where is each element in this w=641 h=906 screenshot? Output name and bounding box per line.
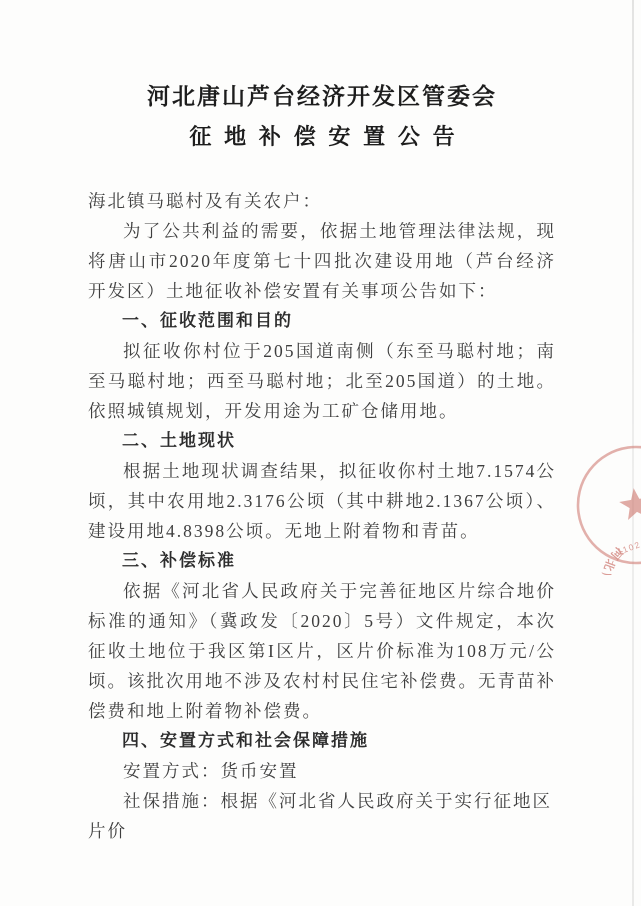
section-2-heading: 二、土地现状 — [88, 426, 556, 456]
section-1-heading: 一、征收范围和目的 — [88, 306, 556, 336]
document-page: 河北唐山芦台经济开发区管委会 征地补偿安置公告 海北镇马聪村及有关农户： 为了公… — [0, 0, 641, 906]
section-3-paragraph: 依据《河北省人民政府关于完善征地区片综合地价标准的通知》（冀政发〔2020〕5号… — [88, 576, 556, 726]
salutation-line: 海北镇马聪村及有关农户： — [88, 186, 556, 216]
document-title-line1: 河北唐山芦台经济开发区管委会 — [88, 82, 556, 112]
document-body: 海北镇马聪村及有关农户： 为了公共利益的需要，依据土地管理法律法规，现将唐山市2… — [88, 186, 556, 846]
section-1-paragraph: 拟征收你村位于205国道南侧（东至马聪村地；南至马聪村地；西至马聪村地；北至20… — [88, 336, 556, 426]
social-security-line: 社保措施：根据《河北省人民政府关于实行征地区片价 — [88, 786, 556, 846]
seal-star-icon — [618, 486, 641, 521]
resettlement-method-line: 安置方式：货币安置 — [88, 756, 556, 786]
intro-paragraph: 为了公共利益的需要，依据土地管理法律法规，现将唐山市2020年度第七十四批次建设… — [88, 216, 556, 306]
svg-text:河北唐山芦台经济开发区管委会: 河北唐山芦台经济开发区管委会 — [594, 534, 641, 575]
section-2-paragraph: 根据土地现状调查结果，拟征收你村土地7.1574公顷，其中农用地2.3176公顷… — [88, 456, 556, 546]
section-3-heading: 三、补偿标准 — [88, 546, 556, 576]
official-seal-stamp: 河北唐山芦台经济开发区管委会 1102 — [566, 435, 641, 575]
section-4-heading: 四、安置方式和社会保障措施 — [88, 726, 556, 756]
document-title-line2: 征地补偿安置公告 — [88, 122, 556, 152]
seal-number: 1102 — [616, 539, 641, 557]
document-content: 河北唐山芦台经济开发区管委会 征地补偿安置公告 海北镇马聪村及有关农户： 为了公… — [88, 0, 556, 846]
page-fold-line — [632, 0, 634, 906]
seal-arc-text: 河北唐山芦台经济开发区管委会 — [594, 534, 641, 575]
seal-ring — [570, 439, 641, 570]
